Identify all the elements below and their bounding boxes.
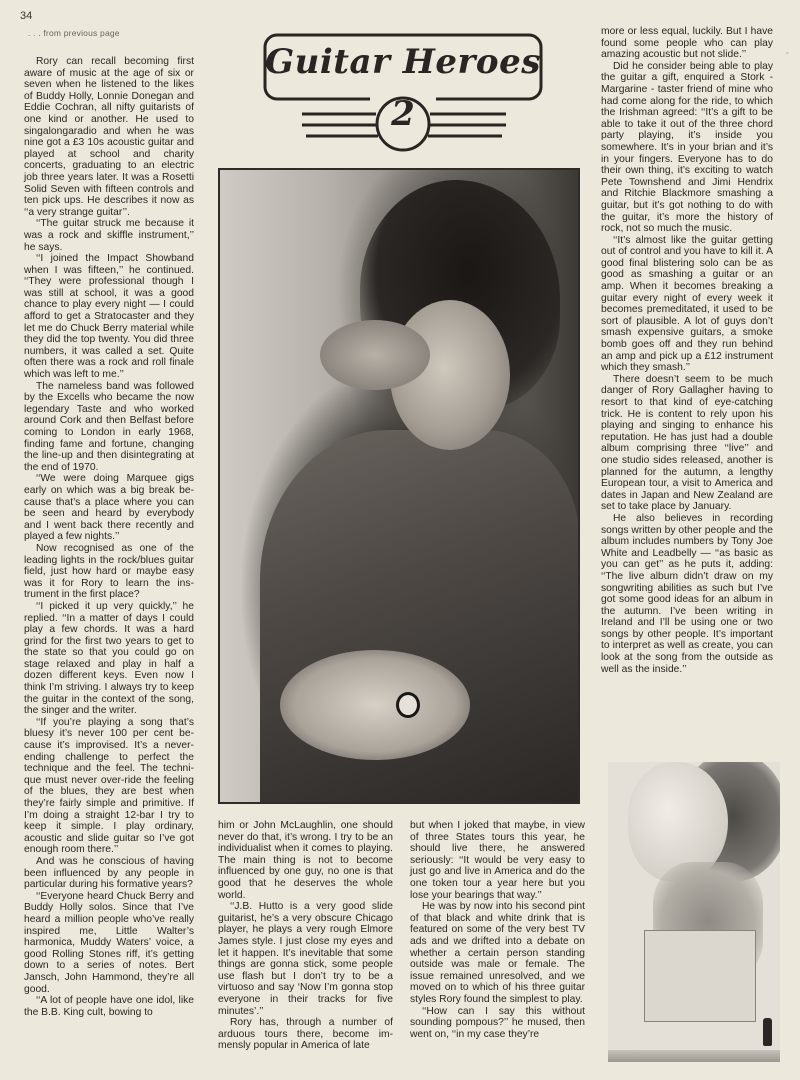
caricature-illustration [608,762,780,1062]
paragraph: There doesn’t seem to be much danger of … [601,374,773,513]
paragraph: ‘‘It’s almost like the guitar getting ou… [601,235,773,374]
photo-hand [320,320,430,390]
paragraph: Rory has, through a number of arduous to… [218,1017,393,1052]
paragraph: ‘‘How can I say this without sounding po… [410,1006,585,1041]
illus-ground [608,1050,780,1062]
paragraph: ‘‘The guitar struck me because it was a … [24,218,194,253]
article-column-1: Rory can recall becoming first aware of … [24,56,194,1018]
paragraph: ‘‘Everyone heard Chuck Berry and Buddy H… [24,891,194,995]
guitar-heroes-logo: Guitar Heroes 2 [262,32,544,154]
paragraph: ‘‘I picked it up very quickly,’’ he repl… [24,601,194,717]
paragraph: He also believes in recording songs writ… [601,513,773,675]
article-column-3: but when I joked that maybe, in view of … [410,820,585,1040]
continued-from-label: . . . from previous page [28,28,120,38]
article-column-2: him or John McLaughlin, one should never… [218,820,393,1052]
page-number: 34 [20,10,32,22]
paragraph: ‘‘We were doing Marquee gigs early on wh… [24,473,194,543]
paragraph: Rory can recall becoming first aware of … [24,56,194,218]
article-column-4: more or less equal, luckily. But I have … [601,26,773,675]
paragraph: but when I joked that maybe, in view of … [410,820,585,901]
photo-lower-hand [280,650,470,760]
illus-amplifier [644,930,756,1022]
paragraph: Now recognised as one of the leading lig… [24,543,194,601]
wristwatch-icon [396,692,420,718]
paragraph: The nameless band was followed by the Ex… [24,381,194,474]
margin-mark: ° [786,52,789,59]
paragraph: Did he consider being able to play the g… [601,61,773,235]
paragraph: him or John McLaughlin, one should never… [218,820,393,901]
paragraph: He was by now into his second pint of th… [410,901,585,1005]
paragraph: And was he conscious of having been infl… [24,856,194,891]
paragraph: ‘‘J.B. Hutto is a very good slide guitar… [218,901,393,1017]
rory-gallagher-photo [218,168,580,804]
paragraph: ‘‘I joined the Impact Showband when I wa… [24,253,194,381]
paragraph: more or less equal, luckily. But I have … [601,26,773,61]
logo-title: Guitar Heroes [262,42,544,82]
paragraph: ‘‘If you’re playing a song that’s bluesy… [24,717,194,856]
paragraph: ‘‘A lot of people have one idol, like th… [24,995,194,1018]
logo-series-number: 2 [380,94,426,134]
bottle-icon [763,1018,772,1046]
